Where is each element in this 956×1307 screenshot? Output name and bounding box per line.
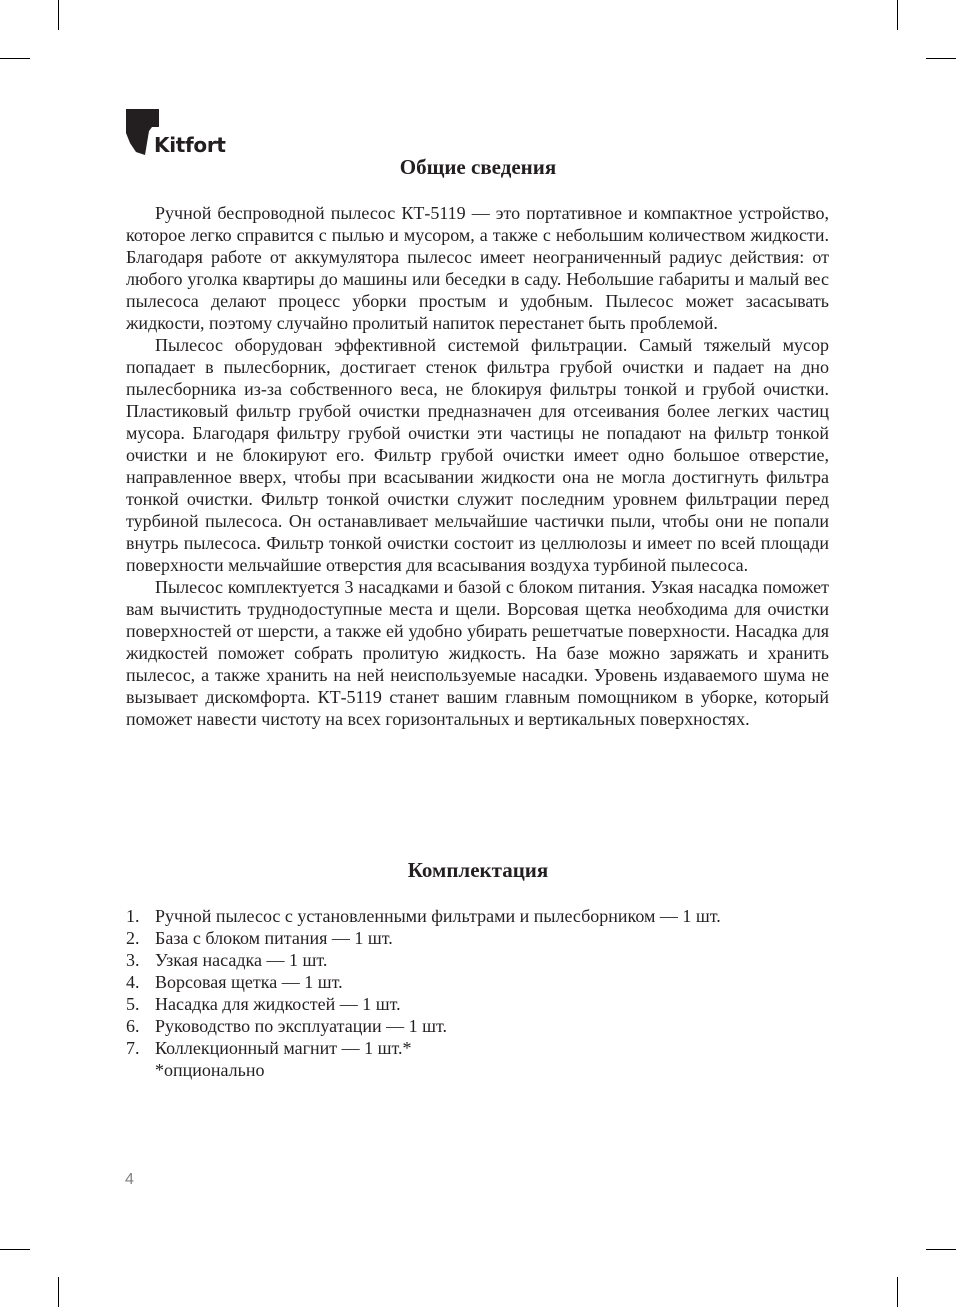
item-number: 6. — [126, 1015, 155, 1037]
item-number: 1. — [126, 905, 155, 927]
item-number: 4. — [126, 971, 155, 993]
item-text: Насадка для жидкостей — 1 шт. — [155, 993, 401, 1015]
general-body: Ручной беспроводной пылесос КТ-5119 — эт… — [126, 202, 829, 730]
crop-mark-top-left-vertical — [58, 0, 59, 30]
item-text: Ручной пылесос с установленными фильтрам… — [155, 905, 721, 927]
crop-mark-bottom-right-vertical — [897, 1277, 898, 1307]
kit-list-item: 5.Насадка для жидкостей — 1 шт. — [126, 993, 721, 1015]
kit-list-item: 4.Ворсовая щетка — 1 шт. — [126, 971, 721, 993]
kit-heading: Комплектация — [0, 858, 956, 883]
kit-list-item: 2.База с блоком питания — 1 шт. — [126, 927, 721, 949]
page-number: 4 — [125, 1171, 134, 1189]
kit-list-item: 7.Коллекционный магнит — 1 шт.* — [126, 1037, 721, 1059]
kit-footnote: *опционально — [126, 1059, 721, 1081]
crop-mark-bottom-right-horizontal — [926, 1249, 956, 1250]
kit-list: 1.Ручной пылесос с установленными фильтр… — [126, 905, 721, 1081]
general-paragraph-1: Ручной беспроводной пылесос КТ-5119 — эт… — [126, 202, 829, 334]
item-number: 7. — [126, 1037, 155, 1059]
item-text: Узкая насадка — 1 шт. — [155, 949, 327, 971]
kit-list-item: 1.Ручной пылесос с установленными фильтр… — [126, 905, 721, 927]
crop-mark-bottom-left-vertical — [58, 1277, 59, 1307]
item-number: 5. — [126, 993, 155, 1015]
general-paragraph-3: Пылесос комплектуется 3 насадками и базо… — [126, 576, 829, 730]
item-text: База с блоком питания — 1 шт. — [155, 927, 393, 949]
crop-mark-top-right-vertical — [897, 0, 898, 30]
general-paragraph-2: Пылесос оборудован эффективной системой … — [126, 334, 829, 576]
item-text: Коллекционный магнит — 1 шт.* — [155, 1037, 411, 1059]
general-heading: Общие сведения — [0, 155, 956, 180]
item-text: Ворсовая щетка — 1 шт. — [155, 971, 343, 993]
kit-list-item: 6.Руководство по эксплуатации — 1 шт. — [126, 1015, 721, 1037]
item-text: Руководство по эксплуатации — 1 шт. — [155, 1015, 447, 1037]
brand-name: Kitfort — [154, 133, 226, 157]
item-number: 2. — [126, 927, 155, 949]
crop-mark-top-right-horizontal — [926, 58, 956, 59]
crop-mark-top-left-horizontal — [0, 58, 30, 59]
crop-mark-bottom-left-horizontal — [0, 1249, 30, 1250]
item-number: 3. — [126, 949, 155, 971]
kit-list-item: 3.Узкая насадка — 1 шт. — [126, 949, 721, 971]
